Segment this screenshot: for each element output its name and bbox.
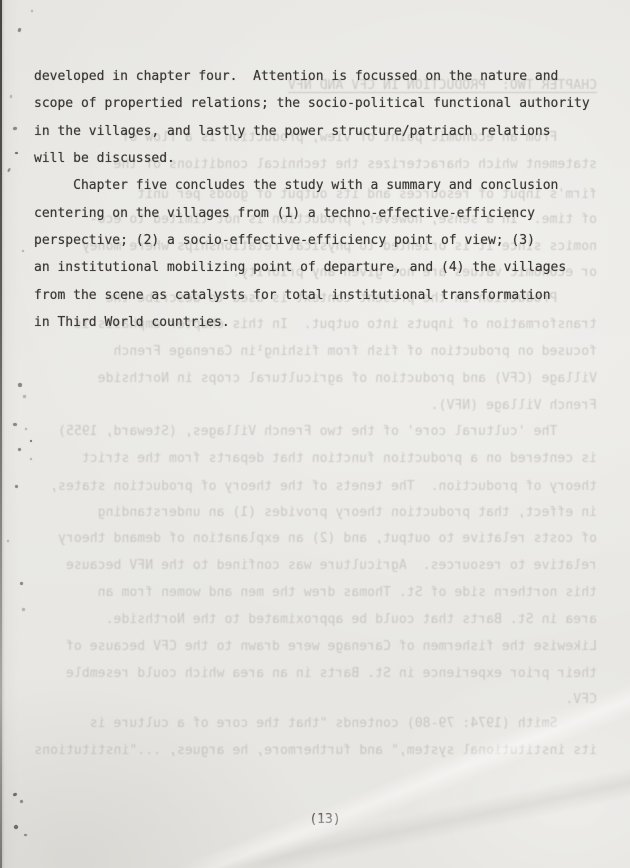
bleed-text-line: The 'cultural core' of the two French Vi… bbox=[58, 424, 597, 439]
paper-speck bbox=[20, 800, 23, 803]
text-line: in the villages, and lastly the power st… bbox=[34, 118, 590, 145]
text-line: centering on the villages from (1) a tec… bbox=[34, 200, 590, 227]
bleed-text-line: their prior experience in St. Barts in a… bbox=[66, 666, 597, 681]
paper-speck bbox=[25, 428, 27, 430]
paper-speck bbox=[31, 10, 33, 12]
page-number: (13) bbox=[10, 812, 630, 827]
text-line: will be discussed. bbox=[34, 145, 590, 172]
bleed-text-line: CFV. bbox=[565, 692, 597, 707]
paper-speck bbox=[18, 448, 21, 451]
text-line: Chapter five concludes the study with a … bbox=[34, 172, 590, 199]
bleed-text-line: theory of production. The tenets of the … bbox=[50, 479, 597, 494]
text-line: in Third World countries. bbox=[34, 309, 590, 336]
paper-speck bbox=[7, 540, 9, 542]
paper-speck bbox=[13, 792, 18, 796]
text-line: developed in chapter four. Attention is … bbox=[34, 63, 590, 90]
paper-speck bbox=[15, 152, 18, 154]
scan-edge-strip bbox=[0, 0, 2, 868]
paper-speck bbox=[22, 250, 24, 252]
paper-speck bbox=[30, 440, 32, 442]
bleed-text-line: of costs relative to output, and (2) an … bbox=[58, 531, 597, 546]
text-line: an institutional mobilizing point of dep… bbox=[34, 254, 590, 281]
bleed-text-line: Smith (1974: 79-80) contends "that the c… bbox=[90, 716, 597, 731]
paper-speck bbox=[18, 383, 22, 387]
paper-speck bbox=[20, 582, 23, 585]
document-page: CHAPTER TWO: PRODUCTION IN CFV AND NFV F… bbox=[0, 0, 630, 868]
bleed-text-line: its institutional system," and furthermo… bbox=[34, 743, 597, 758]
paper-speck bbox=[22, 608, 25, 611]
paper-speck bbox=[15, 485, 18, 488]
bleed-text-line: focused on production of fish from fishi… bbox=[113, 344, 597, 359]
text-line: perspective; (2) a socio-effective-effic… bbox=[34, 227, 590, 254]
paper-speck bbox=[24, 834, 27, 836]
bleed-text-line: is centered on a production function tha… bbox=[82, 451, 597, 466]
bleed-text-line: area in St. Barts that could be approxim… bbox=[106, 612, 597, 627]
paper-speck bbox=[13, 423, 18, 427]
bleed-text-line: Likewise the fishermen of Carenage were … bbox=[66, 639, 597, 654]
paper-speck bbox=[7, 168, 11, 172]
text-line: scope of propertied relations; the socio… bbox=[34, 90, 590, 117]
text-line: from the scene as catalysts for total in… bbox=[34, 282, 590, 309]
paper-speck bbox=[13, 127, 18, 131]
typed-text-block: developed in chapter four. Attention is … bbox=[34, 63, 590, 336]
bleed-text-line: in effect, that production theory provid… bbox=[98, 505, 597, 520]
paper-speck bbox=[23, 395, 26, 398]
paper-speck bbox=[30, 458, 32, 460]
paper-speck bbox=[17, 28, 21, 33]
bleed-text-line: this northern side of St. Thomas drew th… bbox=[98, 585, 597, 600]
paper-speck bbox=[10, 95, 12, 98]
bleed-text-line: Village (CFV) and production of agricult… bbox=[98, 371, 597, 386]
bleed-text-line: French Village (NFV). bbox=[431, 398, 597, 413]
bleed-text-line: relative to resources. Agriculture was c… bbox=[66, 558, 597, 573]
